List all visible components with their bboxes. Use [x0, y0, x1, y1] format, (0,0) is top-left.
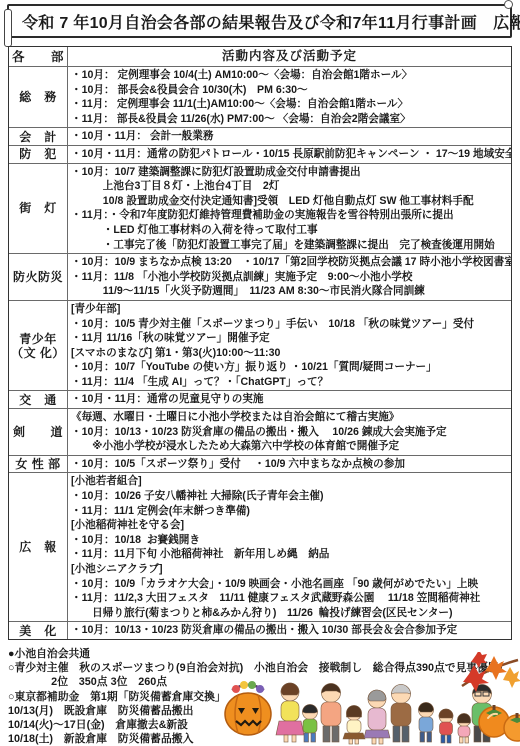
row-content: ・10月・11月：通常の児童見守りの実施: [68, 391, 511, 408]
activity-line: [小池若者組合]: [71, 474, 508, 489]
table-row-bouhan: 防 犯 ・10月・11月：通常の防犯パトロール・10/15 長原駅前防犯キャンペ…: [9, 145, 511, 163]
activity-line: ・10月・11月：通常の児童見守りの実施: [71, 392, 508, 407]
dept-label: 青少年 （文 化）: [9, 301, 68, 391]
activity-line: ・10月：10/7「YouTube の使い方」振り返り ・10/21「質問/疑問…: [71, 360, 508, 375]
dept-label: 剣 道: [9, 409, 68, 455]
activity-line: 上池台3丁目８灯・上池台4丁目 2灯: [71, 179, 508, 194]
table-row-gaitou: 街 灯 ・10月：10/7 建築調整課に防犯灯設置助成金交付申請書提出 上池台3…: [9, 163, 511, 254]
row-content: ・10月：10/13・10/23 防災倉庫の備品の搬出・搬入 10/30 部長会…: [68, 622, 511, 639]
dept-label: 交 通: [9, 391, 68, 408]
row-content: ・10月：10/7 建築調整課に防犯灯設置助成金交付申請書提出 上池台3丁目８灯…: [68, 164, 511, 254]
row-content: [青少年部] ・10月：10/5 青少対主催「スポーツまつり」手伝い 10/18…: [68, 301, 511, 391]
family-group-illustration: [276, 683, 492, 744]
activity-line: ・10月・11月：通常の防犯パトロール・10/15 長原駅前防犯キャンペーン ・…: [71, 147, 508, 162]
activity-line: ・11月 11/16「秋の味覚ツアー」開催予定: [71, 331, 508, 346]
table-row-kouhou: 広 報 [小池若者組合] ・10月：10/26 子安八幡神社 大掃除(氏子青年会…: [9, 472, 511, 621]
activity-line: ・10月・11月： 会計一般業務: [71, 129, 508, 144]
activity-line: 10/8 設置助成金交付決定通知書]受領 LED 灯他自動点灯 SW 他工事材料…: [71, 194, 508, 209]
dept-label: 会 計: [9, 128, 68, 145]
halloween-bucket-icon: [225, 681, 271, 735]
report-table: 各 部 活動内容及び活動予定 総 務 ・10月： 定例理事会 10/4(土) A…: [8, 46, 512, 640]
activity-line: [小池稲荷神社を守る会]: [71, 518, 508, 533]
activity-line: ・11月：11/1 定例会(年末餅つき準備): [71, 504, 508, 519]
table-row-bousai: 防火防災 ・10月：10/9 まちなか点検 13:20 ・10/17「第2回学校…: [9, 253, 511, 300]
activity-line: ・11月：11/2,3 大田フェスタ 11/11 健康フェスタ武蔵野森公園 11…: [71, 591, 508, 606]
header-dept: 各 部: [9, 47, 68, 66]
activity-line: 11/9～11/15「火災予防週間」 11/23 AM 8:30～市民消火隊合同…: [71, 284, 508, 299]
activity-line: ・11月：11月下旬 小池稲荷神社 新年用しめ縄 納品: [71, 547, 508, 562]
activity-line: [スマホのまなび] 第1・第3(火)10:00～11:30: [71, 346, 508, 361]
row-content: ・10月： 定例理事会 10/4(土) AM10:00～〈会場：自治会館1階ホー…: [68, 67, 511, 127]
page-title: 令和 7 年10月自治会各部の結果報告及び令和7年11月行事計画 広報部: [22, 10, 520, 33]
row-content: ・10月・11月： 会計一般業務: [68, 128, 511, 145]
dept-label: 防火防災: [9, 254, 68, 300]
dept-label: 総 務: [9, 67, 68, 127]
table-row-kendou: 剣 道 《毎週、水曜日・土曜日に小池小学校または自治会館にて稽古実施》 ・10月…: [9, 408, 511, 455]
row-content: ・10月・11月：通常の防犯パトロール・10/15 長原駅前防犯キャンペーン ・…: [68, 146, 511, 163]
activity-line: ・10月：10/26 子安八幡神社 大掃除(氏子青年会主催): [71, 489, 508, 504]
dept-label: 防 犯: [9, 146, 68, 163]
row-content: ・10月：10/5「スポーツ祭り」受付 ・10/9 六中まちなか点検の参加: [68, 456, 511, 473]
activity-line: ・10月：10/18 お賽銭開き: [71, 533, 508, 548]
activity-line: 日帰り旅行(菊まつりと柿&みかん狩り) 11/26 輪投げ練習会(区民センター): [71, 606, 508, 621]
dept-label: 美 化: [9, 622, 68, 639]
activity-line: ・11月：11/8 「小池小学校防災拠点訓練」実施予定 9:00～小池小学校: [71, 270, 508, 285]
activity-line: ・LED 灯他工事材料の入荷を待って取付工事: [71, 223, 508, 238]
dept-label: 街 灯: [9, 164, 68, 254]
activity-line: ・10月：10/13・10/23 防災倉庫の備品の搬出・搬入 10/30 部長会…: [71, 623, 508, 638]
dept-label: 広 報: [9, 473, 68, 621]
activity-line: ・10月： 定例理事会 10/4(土) AM10:00～〈会場：自治会館1階ホー…: [71, 68, 508, 83]
activity-line: ・10月：10/5「スポーツ祭り」受付 ・10/9 六中まちなか点検の参加: [71, 457, 508, 472]
seasonal-clipart: [218, 652, 520, 746]
table-row-bika: 美 化 ・10月：10/13・10/23 防災倉庫の備品の搬出・搬入 10/30…: [9, 621, 511, 639]
row-content: ・10月：10/9 まちなか点検 13:20 ・10/17「第2回学校防災拠点会…: [68, 254, 511, 300]
row-content: [小池若者組合] ・10月：10/26 子安八幡神社 大掃除(氏子青年会主催) …: [68, 473, 511, 621]
activity-line: [青少年部]: [71, 302, 508, 317]
dept-label: 女 性 部: [9, 456, 68, 473]
table-row-josei: 女 性 部 ・10月：10/5「スポーツ祭り」受付 ・10/9 六中まちなか点検…: [9, 455, 511, 473]
table-header-row: 各 部 活動内容及び活動予定: [9, 47, 511, 66]
activity-line: ・10月：10/5 青少対主催「スポーツまつり」手伝い 10/18 「秋の味覚ツ…: [71, 317, 508, 332]
activity-line: 《毎週、水曜日・土曜日に小池小学校または自治会館にて稽古実施》: [71, 410, 508, 425]
activity-line: ・11月： 部長&役員会 11/26(水) PM7:00～ 〈会場：自治会2階会…: [71, 112, 508, 127]
activity-line: ・11月：11/4 「生成 AI」って？・「ChatGPT」って？: [71, 375, 508, 390]
title-banner: 令和 7 年10月自治会各部の結果報告及び令和7年11月行事計画 広報部: [7, 4, 512, 38]
activity-line: ・10月：10/13・10/23 防災倉庫の備品の搬出・搬入 10/26 錬成大…: [71, 425, 508, 440]
activity-line: ※小池小学校が浸水したため大森第六中学校の体育館で開催予定: [71, 439, 508, 454]
table-row-soumu: 総 務 ・10月： 定例理事会 10/4(土) AM10:00～〈会場：自治会館…: [9, 66, 511, 127]
table-row-kaikei: 会 計 ・10月・11月： 会計一般業務: [9, 127, 511, 145]
table-row-koutsuu: 交 通 ・10月・11月：通常の児童見守りの実施: [9, 390, 511, 408]
header-content: 活動内容及び活動予定: [68, 47, 511, 66]
activity-line: [小池シニアクラブ]: [71, 562, 508, 577]
activity-line: ・10月： 部長会&役員会合 10/30(木) PM 6:30～: [71, 83, 508, 98]
activity-line: ・11月： 定例理事会 11/1(土)AM10:00～〈会場：自治会館1階ホール…: [71, 97, 508, 112]
activity-line: ・10月：10/9「カラオケ大会」・10/9 映画会・小池名画座 「90 歳何が…: [71, 577, 508, 592]
activity-line: ・10月：10/7 建築調整課に防犯灯設置助成金交付申請書提出: [71, 165, 508, 180]
activity-line: ・10月：10/9 まちなか点検 13:20 ・10/17「第2回学校防災拠点会…: [71, 255, 508, 270]
row-content: 《毎週、水曜日・土曜日に小池小学校または自治会館にて稽古実施》 ・10月：10/…: [68, 409, 511, 455]
activity-line: ・工事完了後「防犯灯設置工事完了届」を建築調整課に提出 完了検査後運用開始: [71, 238, 508, 253]
maple-leaves-icon: [462, 652, 520, 692]
activity-line: ・11月：・令和7年度防犯灯維持管理費補助金の実施報告を雪谷特別出張所に提出: [71, 208, 508, 223]
table-row-seishounen: 青少年 （文 化） [青少年部] ・10月：10/5 青少対主催「スポーツまつり…: [9, 300, 511, 391]
